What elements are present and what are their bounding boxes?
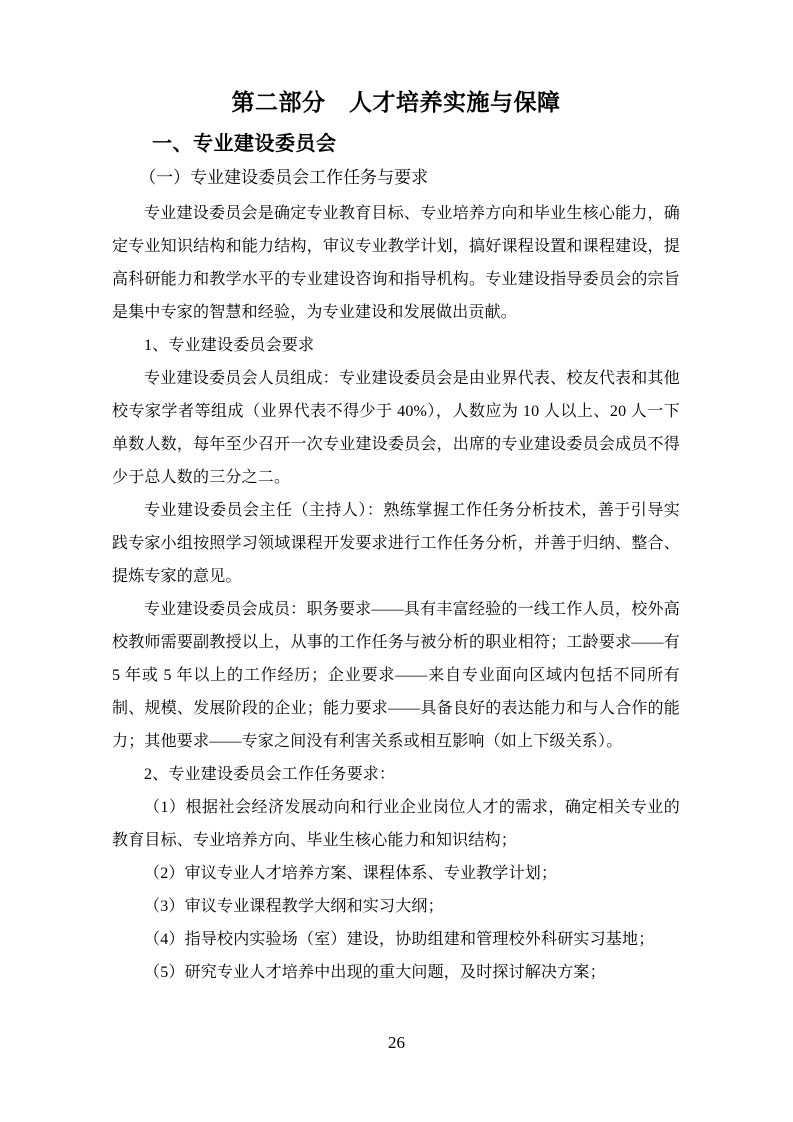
page-number: 26 — [0, 1032, 793, 1054]
body-paragraph-member-composition: 专业建设委员会人员组成：专业建设委员会是由业界代表、校友代表和其他校专家学者等组… — [112, 362, 680, 494]
part-title: 第二部分 人才培养实施与保障 — [112, 86, 680, 118]
document-page: 第二部分 人才培养实施与保障 一、专业建设委员会 （一）专业建设委员会工作任务与… — [0, 0, 793, 1122]
list-item-4: （4）指导校内实验场（室）建设，协助组建和管理校外科研实习基地； — [112, 923, 680, 956]
body-text: 专业建设委员会是确定专业教育目标、专业培养方向和毕业生核心能力，确定专业知识结构… — [112, 197, 680, 989]
section-heading: 一、专业建设委员会 — [112, 130, 680, 158]
list-item-5: （5）研究专业人才培养中出现的重大问题，及时探讨解决方案； — [112, 956, 680, 989]
list-item-2: （2）审议专业人才培养方案、课程体系、专业教学计划； — [112, 857, 680, 890]
list-item-3: （3）审议专业课程教学大纲和实习大纲； — [112, 890, 680, 923]
subsection-heading: （一）专业建设委员会工作任务与要求 — [112, 166, 680, 190]
body-paragraph-chairman: 专业建设委员会主任（主持人）：熟练掌握工作任务分析技术，善于引导实践专家小组按照… — [112, 494, 680, 593]
body-paragraph-intro: 专业建设委员会是确定专业教育目标、专业培养方向和毕业生核心能力，确定专业知识结构… — [112, 197, 680, 329]
body-paragraph-members-requirements: 专业建设委员会成员：职务要求——具有丰富经验的一线工作人员，校外高校教师需要副教… — [112, 593, 680, 758]
list-item-1: （1）根据社会经济发展动向和行业企业岗位人才的需求，确定相关专业的教育目标、专业… — [112, 791, 680, 857]
numbered-subheading-2: 2、专业建设委员会工作任务要求： — [112, 758, 680, 791]
numbered-subheading-1: 1、专业建设委员会要求 — [112, 329, 680, 362]
